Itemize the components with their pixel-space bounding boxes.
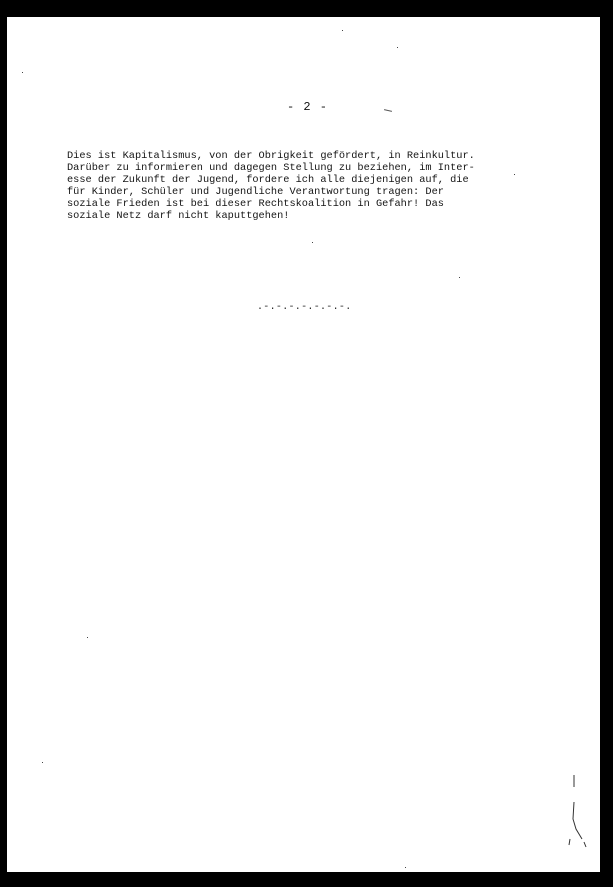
scan-speck	[42, 762, 43, 763]
scanned-page: - 2 - Dies ist Kapitalismus, von der Obr…	[7, 17, 600, 872]
stray-pen-mark	[384, 109, 392, 112]
paragraph-line: soziale Netz darf nicht kaputtgehen!	[67, 210, 547, 222]
paragraph-line: soziale Frieden ist bei dieser Rechtskoa…	[67, 198, 547, 210]
scan-speck	[514, 174, 515, 175]
scan-speck	[397, 47, 398, 48]
scan-speck	[459, 277, 460, 278]
section-separator: .-.-.-.-.-.-.-.	[257, 302, 352, 313]
scan-speck	[405, 867, 406, 868]
body-paragraph: Dies ist Kapitalismus, von der Obrigkeit…	[67, 150, 547, 223]
scan-speck	[87, 637, 88, 638]
page-number: - 2 -	[287, 100, 328, 114]
paragraph-line: für Kinder, Schüler und Jugendliche Vera…	[67, 186, 547, 198]
paragraph-line: Darüber zu informieren und dagegen Stell…	[67, 162, 547, 174]
scan-speck	[342, 30, 343, 31]
scan-speck	[312, 242, 313, 243]
paragraph-line: Dies ist Kapitalismus, von der Obrigkeit…	[67, 150, 547, 162]
paragraph-line: esse der Zukunft der Jugend, fordere ich…	[67, 174, 547, 186]
scan-speck	[22, 72, 23, 73]
margin-scribble	[562, 757, 592, 857]
